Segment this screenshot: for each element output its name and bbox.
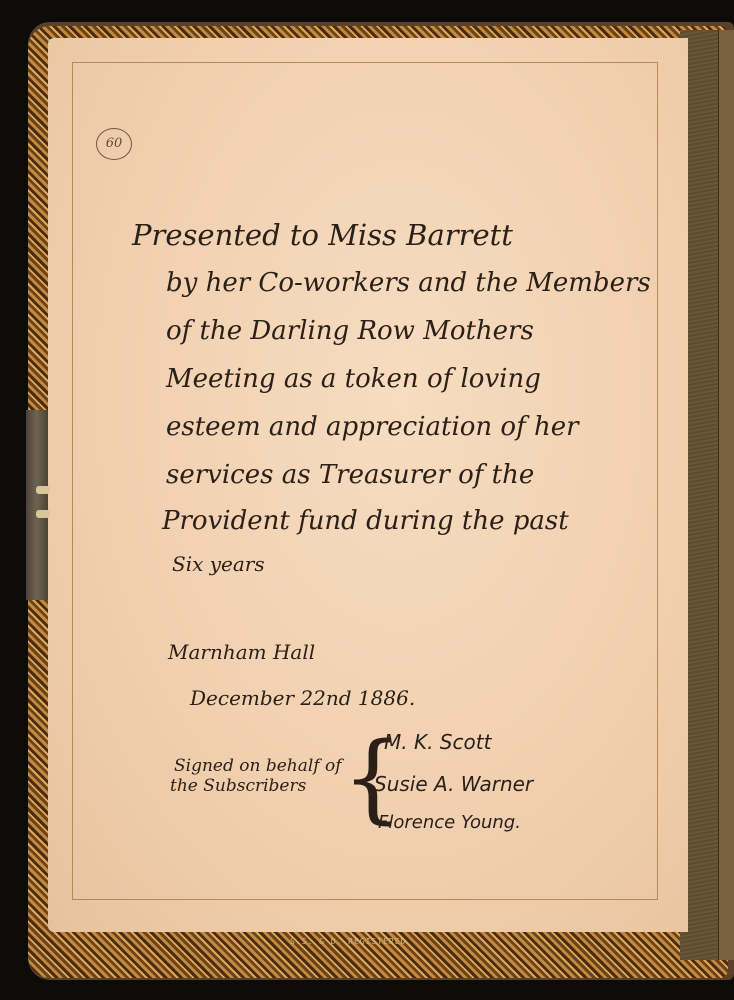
- emboss-stamp: S.S. & D. REGISTERED: [290, 937, 406, 946]
- page-number: 60: [96, 128, 132, 160]
- signature: M. K. Scott: [384, 730, 491, 754]
- date-line: December 22nd 1886.: [190, 686, 415, 710]
- inscription-line: by her Co-workers and the Members: [166, 268, 651, 298]
- signature: Florence Young.: [378, 812, 521, 833]
- book-spine-edge: [718, 30, 734, 960]
- inscription-line: of the Darling Row Mothers: [166, 316, 534, 346]
- inscription-line: esteem and appreciation of her: [166, 412, 579, 442]
- book-clasp: [26, 410, 48, 600]
- signature: Susie A. Warner: [374, 772, 533, 796]
- signed-label: Signed on behalf of: [174, 756, 342, 776]
- inscription-line: Six years: [172, 552, 265, 576]
- inscription-line: Presented to Miss Barrett: [132, 218, 513, 252]
- clasp-pin: [36, 486, 50, 494]
- inscription-line: Meeting as a token of loving: [166, 364, 541, 394]
- signed-label: the Subscribers: [170, 776, 306, 796]
- place-line: Marnham Hall: [168, 640, 315, 664]
- inscription-line: services as Treasurer of the: [166, 460, 534, 490]
- inscription-line: Provident fund during the past: [162, 506, 569, 536]
- clasp-pin: [36, 510, 50, 518]
